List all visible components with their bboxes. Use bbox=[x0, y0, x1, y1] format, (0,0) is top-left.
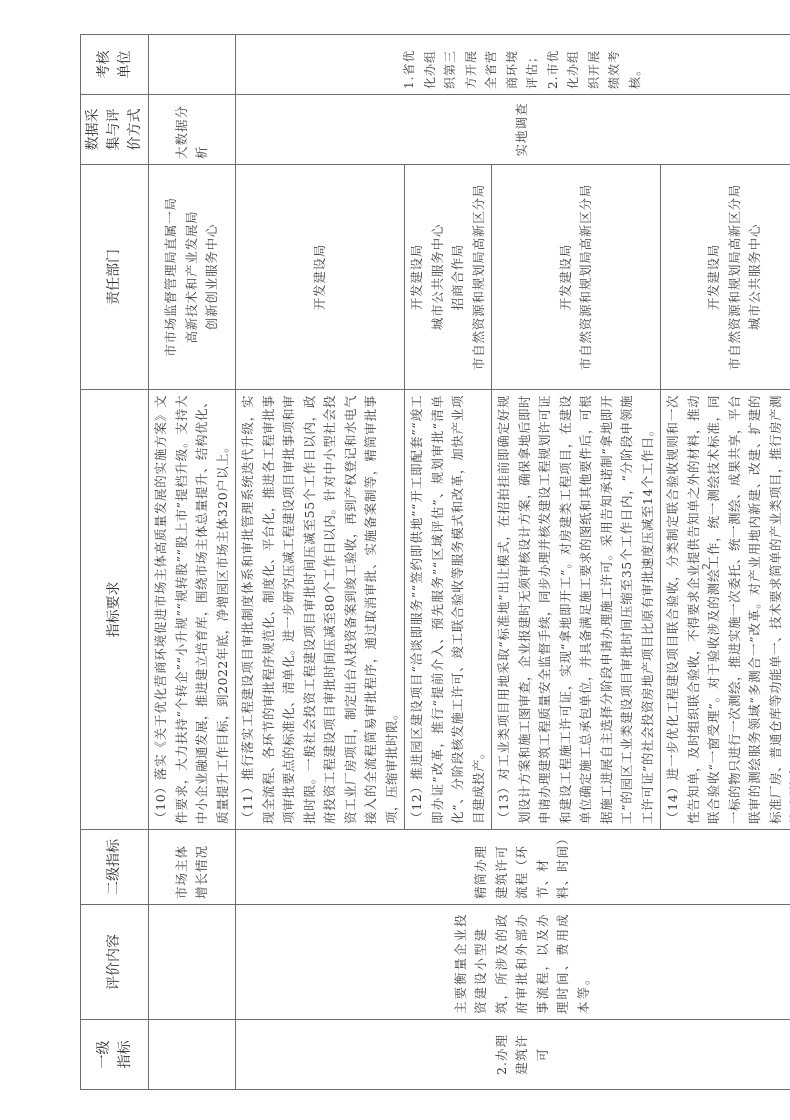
cell-requirement: （10）落实《关于优化营商环境促进市场主体高质量发展的实施方案》文件要求，大力扶… bbox=[149, 390, 236, 830]
header-department: 责任部门 bbox=[81, 165, 149, 390]
header-content: 评价内容 bbox=[81, 905, 149, 1020]
cell-level1 bbox=[149, 1020, 236, 1090]
cell-level2-permit: 精简办理建筑许可流程（环节、材料、时间） bbox=[236, 830, 790, 905]
header-level2: 二级指标 bbox=[81, 830, 149, 905]
cell-content-permit: 主要衡量企业投资建设小型建筑，所涉及的政府审批和外部办事流程，以及办理时间、费用… bbox=[236, 905, 790, 1020]
cell-unit-permit: 1.省优化办组织第三方开展全省营商环境评估；2.市优化办组织开展绩效考核。 bbox=[236, 35, 790, 95]
cell-content bbox=[149, 905, 236, 1020]
rotated-table-stage: 一级指标 评价内容 二级指标 指标要求 责任部门 数据采集与评价方式 考核单位 … bbox=[80, 35, 660, 1090]
cell-department-14: 开发建设局市自然资源和规划局高新区分局城市公共服务中心 bbox=[661, 165, 790, 390]
cell-level1-permit: 2.办理建筑许可 bbox=[236, 1020, 790, 1090]
cell-requirement-14: （14）进一步优化工程建设项目联合验收，分类制定联合验收规则和一次性告知单，及时… bbox=[661, 390, 790, 830]
cell-level2: 市场主体增长情况 bbox=[149, 830, 236, 905]
table-row-market: 市场主体增长情况 （10）落实《关于优化营商环境促进市场主体高质量发展的实施方案… bbox=[149, 35, 236, 1090]
cell-department-13: 开发建设局市自然资源和规划局高新区分局 bbox=[492, 165, 661, 390]
cell-requirement-13: （13）对工业类项目用地采取“标准地”出让模式，在招拍挂前即确定好规划设计方案和… bbox=[492, 390, 661, 830]
cell-department-12: 开发建设局城市公共服务中心招商合作局市自然资源和规划局高新区分局 bbox=[405, 165, 492, 390]
evaluation-table: 一级指标 评价内容 二级指标 指标要求 责任部门 数据采集与评价方式 考核单位 … bbox=[80, 34, 790, 1090]
cell-method: 大数据分析 bbox=[149, 95, 236, 165]
page-number: 2 bbox=[700, 563, 713, 570]
header-requirement: 指标要求 bbox=[81, 390, 149, 830]
table-row-11: 2.办理建筑许可 主要衡量企业投资建设小型建筑，所涉及的政府审批和外部办事流程，… bbox=[236, 35, 405, 1090]
cell-method-permit: 实地调查 bbox=[236, 95, 790, 165]
header-unit: 考核单位 bbox=[81, 35, 149, 95]
cell-department: 市市场监督管理局直属一局高新技术和产业发展局创新创业服务中心 bbox=[149, 165, 236, 390]
header-level1: 一级指标 bbox=[81, 1020, 149, 1090]
cell-requirement-11: （11）推行落实工程建设项目审批制度体系和审批管理系统迭代升级，实现全流程、各环… bbox=[236, 390, 405, 830]
cell-department-11: 开发建设局 bbox=[236, 165, 405, 390]
header-row: 一级指标 评价内容 二级指标 指标要求 责任部门 数据采集与评价方式 考核单位 bbox=[81, 35, 149, 1090]
header-method: 数据采集与评价方式 bbox=[81, 95, 149, 165]
cell-unit bbox=[149, 35, 236, 95]
cell-requirement-12: （12）推进园区建设项目“洽谈即服务”“签约即供地”“开工即配套”“竣工即办证”… bbox=[405, 390, 492, 830]
